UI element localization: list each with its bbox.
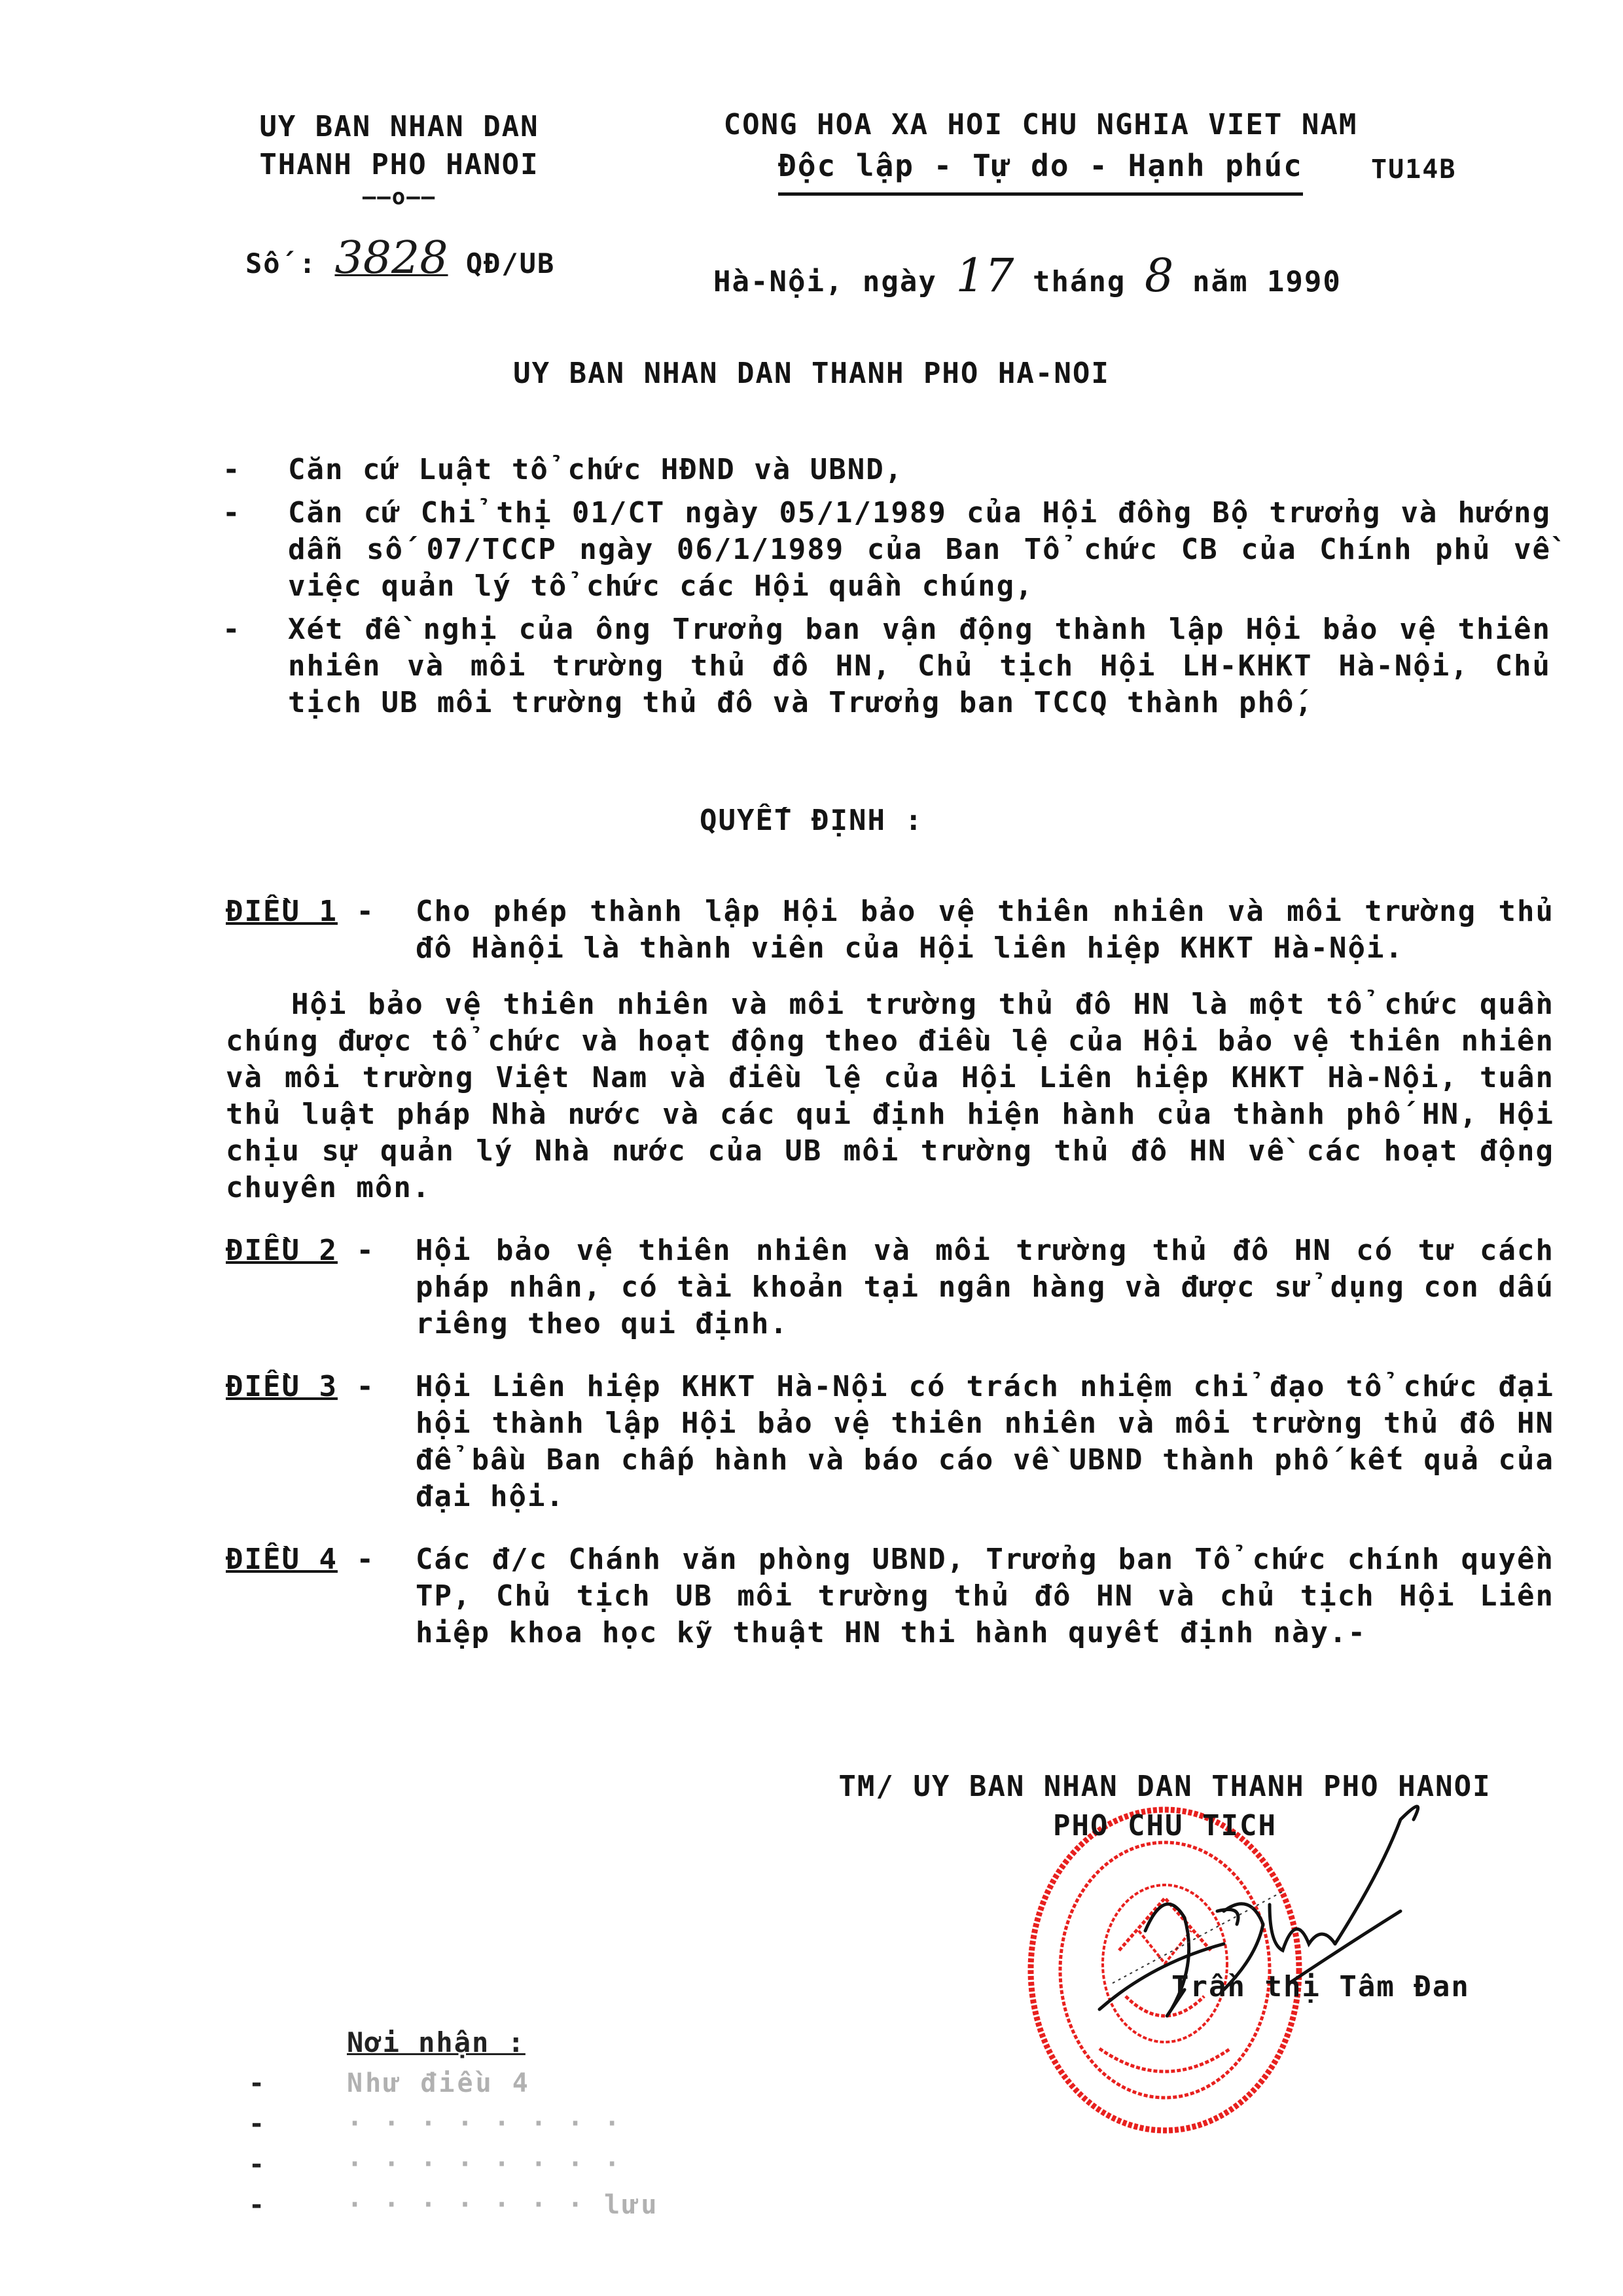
signature-authority: TM/ UY BAN NHAN DAN THANH PHO HANOI [805,1767,1525,1806]
bullet-dash: - [223,452,288,488]
authority-title: UY BAN NHAN DAN THANH PHO HA-NOI [0,357,1623,390]
handwritten-month: 8 [1145,249,1174,302]
document-number: Số : 3828 QĐ/UB [245,232,555,284]
bullet-dash: - [249,2144,347,2185]
recipient-item: -Như điều 4 [249,2063,659,2104]
signature-block: TM/ UY BAN NHAN DAN THANH PHO HANOI PHO … [805,1767,1525,1846]
legal-bases: - Căn cứ Luật tổ chức HĐND và UBND, - Că… [223,452,1551,728]
authority-line-1: UY BAN NHAN DAN [216,108,582,146]
article-text: Cho phép thành lập Hội bảo vệ thiên nhiê… [416,893,1554,967]
nation-title: CONG HOA XA HOI CHU NGHIA VIET NAM [694,105,1387,145]
legal-basis-item: - Căn cứ Chỉ thị 01/CT ngày 05/1/1989 củ… [223,495,1551,605]
recipient-text: · · · · · · · · [347,2104,622,2144]
recipients-list: Nơi nhận : -Như điều 4 -· · · · · · · · … [249,2022,659,2225]
legal-basis-text: Căn cứ Luật tổ chức HĐND và UBND, [288,452,1551,488]
date-line: Hà-Nội, ngày 17 tháng 8 năm 1990 [713,249,1342,302]
form-code: TU14B [1371,154,1456,185]
bullet-dash: - [249,2104,347,2144]
article-dash: - [356,1234,375,1267]
authority-line-2: THANH PHO HANOI [216,146,582,184]
signer-name: Trần thị Tâm Đan [1171,1970,1470,2003]
national-motto: Độc lập - Tự do - Hạnh phúc [778,145,1303,196]
number-prefix: Số : [245,247,317,279]
article-label: ĐIỀU 3 [226,1370,338,1403]
article-3: ĐIỀU 3 - Hội Liên hiệp KHKT Hà-Nội có tr… [226,1369,1554,1515]
recipient-item: -· · · · · · · · [249,2104,659,2144]
bullet-dash: - [249,2063,347,2104]
recipients-title: Nơi nhận : [347,2022,659,2063]
legal-basis-item: - Căn cứ Luật tổ chức HĐND và UBND, [223,452,1551,488]
article-4: ĐIỀU 4 - Các đ/c Chánh văn phòng UBND, T… [226,1541,1554,1651]
recipient-text: · · · · · · · lưu [347,2185,659,2225]
article-label: ĐIỀU 1 [226,895,338,928]
legal-basis-text: Căn cứ Chỉ thị 01/CT ngày 05/1/1989 của … [288,495,1551,605]
recipient-item: -· · · · · · · lưu [249,2185,659,2225]
legal-basis-text: Xét đề nghị của ông Trưởng ban vận động … [288,611,1551,721]
recipient-text: · · · · · · · · [347,2144,622,2185]
article-label: ĐIỀU 4 [226,1543,338,1576]
national-header: CONG HOA XA HOI CHU NGHIA VIET NAM Độc l… [694,105,1387,196]
article-1-paragraph: Hội bảo vệ thiên nhiên và môi trường thủ… [226,986,1554,1206]
article-dash: - [356,1370,375,1403]
recipient-item: -· · · · · · · · [249,2144,659,2185]
bullet-dash: - [223,495,288,605]
decision-title: QUYẾT ĐỊNH : [0,804,1623,837]
article-text: Các đ/c Chánh văn phòng UBND, Trưởng ban… [416,1541,1554,1651]
year-label: năm 1990 [1192,265,1342,298]
article-label: ĐIỀU 2 [226,1234,338,1267]
article-2: ĐIỀU 2 - Hội bảo vệ thiên nhiên và môi t… [226,1232,1554,1342]
article-dash: - [356,1543,375,1576]
article-text: Hội bảo vệ thiên nhiên và môi trường thủ… [416,1232,1554,1342]
header-separator: ——o—— [216,184,582,210]
legal-basis-item: - Xét đề nghị của ông Trưởng ban vận độn… [223,611,1551,721]
number-suffix: QĐ/UB [466,247,555,279]
date-prefix: Hà-Nội, ngày [713,265,937,298]
bullet-dash: - [249,2185,347,2225]
month-label: tháng [1033,265,1126,298]
articles: ĐIỀU 1 - Cho phép thành lập Hội bảo vệ t… [226,893,1554,1677]
article-text: Hội Liên hiệp KHKT Hà-Nội có trách nhiệm… [416,1369,1554,1515]
signature-title: PHO CHU TICH [805,1806,1525,1846]
handwritten-number: 3828 [334,232,448,284]
bullet-dash: - [223,611,288,721]
article-1: ĐIỀU 1 - Cho phép thành lập Hội bảo vệ t… [226,893,1554,967]
issuing-authority-header: UY BAN NHAN DAN THANH PHO HANOI ——o—— [216,108,582,210]
recipient-text: Như điều 4 [347,2063,531,2104]
article-dash: - [356,895,375,928]
handwritten-day: 17 [955,249,1014,302]
